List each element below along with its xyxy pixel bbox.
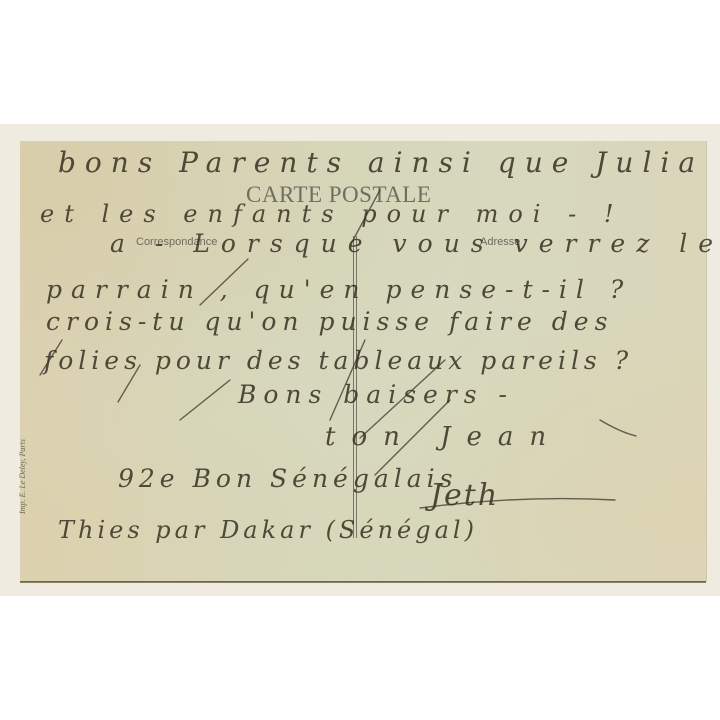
handwritten-line: et les enfants pour moi - ! (40, 200, 623, 228)
handwritten-line: bons Parents ainsi que Julia (58, 146, 704, 179)
printer-mark: Imp. E. Le Deley, Paris (18, 439, 27, 514)
handwritten-line: ton Jean (325, 422, 562, 452)
handwritten-line: Bons baisers - (238, 380, 514, 409)
handwritten-line: crois-tu qu'on puisse faire des (46, 307, 613, 336)
handwritten-line: a - Lorsque vous verrez le (110, 229, 720, 258)
handwritten-line: folies pour des tableaux pareils ? (44, 346, 633, 375)
handwritten-line: parrain , qu'en pense-t-il ? (46, 275, 632, 304)
handwritten-line: 92e Bon Sénégalais (118, 464, 457, 493)
handwritten-line: Thies par Dakar (Sénégal) (58, 516, 478, 544)
signature: Jeth (430, 478, 499, 513)
